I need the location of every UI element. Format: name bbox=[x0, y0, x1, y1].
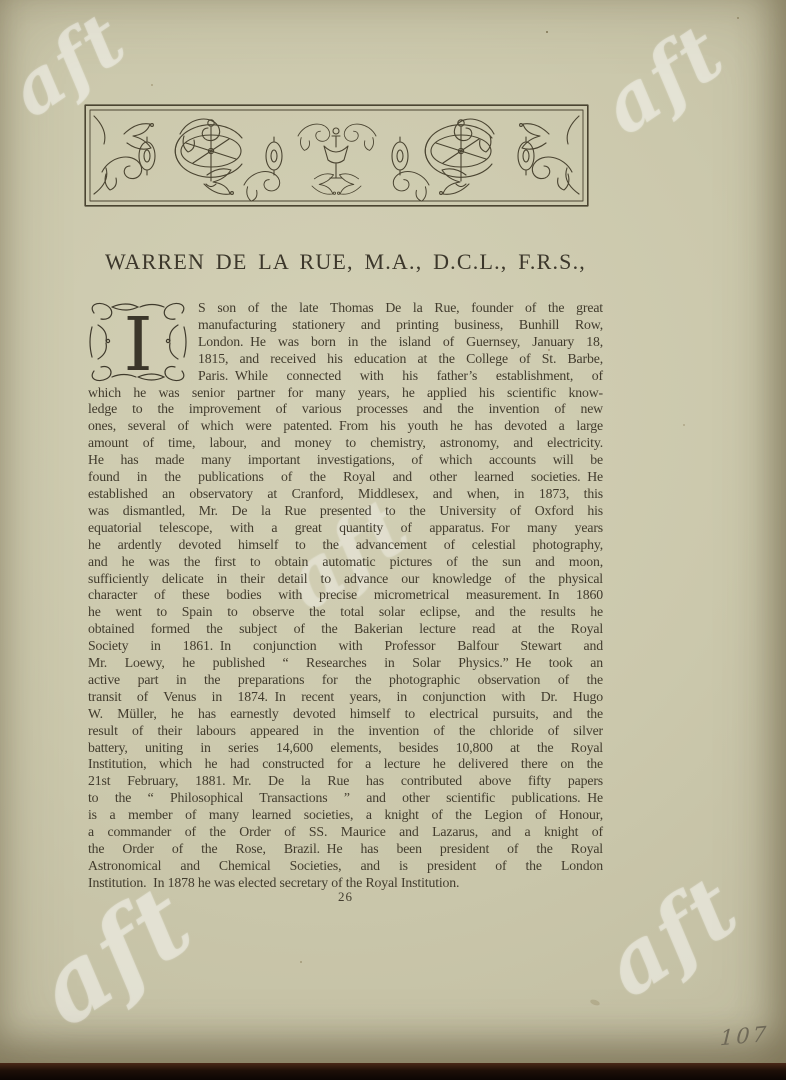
paper-speck bbox=[546, 31, 548, 33]
body-line: Institution, which he had constructed fo… bbox=[88, 756, 603, 773]
body-line: transit of Venus in 1874. In recent year… bbox=[88, 689, 603, 706]
body-line: established an observatory at Cranford, … bbox=[88, 486, 603, 503]
body-line: found in the publications of the Royal a… bbox=[88, 469, 603, 486]
handwritten-catalog-number: 107 bbox=[719, 1022, 769, 1050]
body-line: He has made many important investigation… bbox=[88, 452, 603, 469]
scanned-book-page: aft aft aft aft aft bbox=[0, 0, 786, 1080]
paper-speck bbox=[123, 758, 125, 760]
body-line: is a member of many learned societies, a… bbox=[88, 807, 603, 824]
paper-speck bbox=[737, 17, 739, 19]
watermark-bottom-right: aft bbox=[586, 856, 757, 1017]
body-line: which he was senior partner for many yea… bbox=[88, 385, 603, 402]
drop-cap-ornament: I bbox=[86, 301, 190, 383]
paper-speck bbox=[548, 349, 550, 351]
paper-speck bbox=[300, 961, 302, 963]
body-line: ledge to the improvement of various proc… bbox=[88, 401, 603, 418]
paper-speck bbox=[151, 84, 153, 86]
body-line: Astronomical and Chemical Societies, and… bbox=[88, 858, 603, 875]
body-line: the Order of the Rose, Brazil. He has be… bbox=[88, 841, 603, 858]
body-line: active part in the preparations for the … bbox=[88, 672, 603, 689]
body-line: Mr. Loewy, he published “ Researches in … bbox=[88, 655, 603, 672]
body-line: was dismantled, Mr. De la Rue presented … bbox=[88, 503, 603, 520]
body-line: amount of time, labour, and money to che… bbox=[88, 435, 603, 452]
paper-background: aft aft aft aft aft bbox=[0, 0, 786, 1063]
body-line: to the “ Philosophical Transactions ” an… bbox=[88, 790, 603, 807]
ornament-band-engraving bbox=[84, 104, 589, 207]
body-line: he ardently devoted himself to the advan… bbox=[88, 537, 603, 554]
page-title: WARREN DE LA RUE, M.A., D.C.L., F.R.S., bbox=[88, 249, 603, 275]
body-line: he went to Spain to observe the total so… bbox=[88, 604, 603, 621]
watermark-top-right: aft bbox=[585, 7, 740, 153]
body-line: equatorial telescope, with a great quant… bbox=[88, 520, 603, 537]
body-line: obtained formed the subject of the Baker… bbox=[88, 621, 603, 638]
body-line: a commander of the Order of SS. Maurice … bbox=[88, 824, 603, 841]
body-line: ones, several of which were patented. Fr… bbox=[88, 418, 603, 435]
paper-speck bbox=[683, 424, 685, 426]
page-number: 26 bbox=[88, 889, 603, 905]
body-line: character of these bodies with precise m… bbox=[88, 587, 603, 604]
paper-smudge bbox=[589, 998, 600, 1006]
biography-text: I S son of the late Thomas De la Rue, fo… bbox=[88, 300, 603, 892]
body-line: 21st February, 1881. Mr. De la Rue has c… bbox=[88, 773, 603, 790]
drop-cap-letter: I bbox=[123, 302, 152, 383]
body-line: Society in 1861. In conjunction with Pro… bbox=[88, 638, 603, 655]
body-line: and he was the first to obtain automatic… bbox=[88, 554, 603, 571]
body-line: battery, uniting in series 14,600 elemen… bbox=[88, 740, 603, 757]
scan-edge-strip bbox=[0, 1063, 786, 1080]
body-line: result of their labours appeared in the … bbox=[88, 723, 603, 740]
drop-cap-initial: I bbox=[86, 301, 190, 383]
body-line: W. Müller, he has earnestly devoted hims… bbox=[88, 706, 603, 723]
body-line: sufficiently delicate in their detail to… bbox=[88, 571, 603, 588]
